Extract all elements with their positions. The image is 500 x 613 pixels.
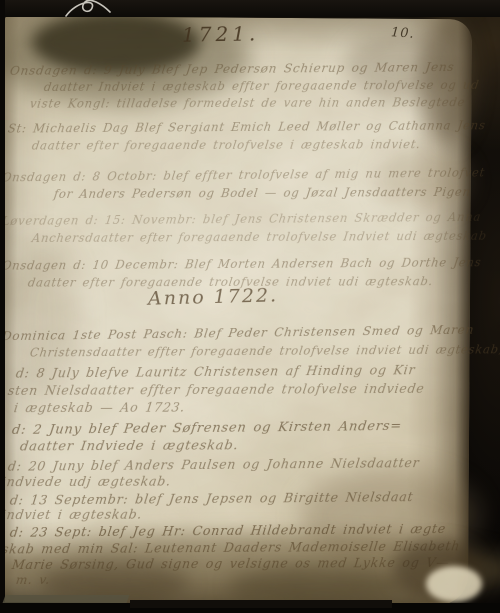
manuscript-line: daatter Indviede i ægteskab. <box>19 438 239 454</box>
manuscript-photo: 1721. 10. Anno 1722. Onsdagen d: 9 July … <box>0 0 500 613</box>
thread-fiber <box>52 0 122 22</box>
manuscript-line: Onsdagen d: 8 Octobr: blef effter trolof… <box>1 165 486 184</box>
manuscript-line: skab med min Sal: Leutenant Daaders Made… <box>1 538 461 556</box>
manuscript-line: St: Michaelis Dag Blef Sergiant Emich Le… <box>7 118 487 135</box>
manuscript-line: daatter Indviet i ægteskab effter forega… <box>43 78 480 94</box>
manuscript-line: for Anders Pedersøn og Bodel — og Jøzal … <box>53 185 472 201</box>
manuscript-line: indviet i ægteskab. <box>1 507 143 522</box>
manuscript-line: d: 13 Septembr: blef Jens Jepsen og Birg… <box>9 489 414 508</box>
shadow-slab <box>130 600 392 608</box>
manuscript-line: Dominica 1ste Post Pasch: Blef Peder Chr… <box>1 323 475 344</box>
manuscript-line: indviede udj ægteskab. <box>1 474 172 490</box>
manuscript-line: d: 23 Sept: blef Jeg Hr: Conrad Hildebra… <box>9 521 447 540</box>
manuscript-lines: 1721. 10. Anno 1722. Onsdagen d: 9 July … <box>0 0 500 613</box>
manuscript-line: i ægteskab — Ao 1723. <box>13 400 186 416</box>
manuscript-line: Onsdagen d: 10 Decembr: Blef Morten Ande… <box>1 255 482 272</box>
photo-border-left <box>0 0 5 613</box>
manuscript-line: Løverdagen d: 15: Novembr: blef Jens Chr… <box>1 210 482 228</box>
manuscript-line: d: 8 July blefve Lauritz Christensen af … <box>15 362 416 381</box>
folio-number: 10. <box>391 25 416 42</box>
manuscript-line: Onsdagen d: 9 July Blef Jep Pedersøn Sch… <box>9 60 455 78</box>
manuscript-line: daatter efter foregaaende trolofvelse i … <box>31 137 422 152</box>
manuscript-line: viste Kongl: tilladelse formedelst de va… <box>29 95 466 111</box>
manuscript-line: Christensdaatter effter foregaaende trol… <box>29 342 500 359</box>
anno-heading: Anno 1722. <box>148 284 279 309</box>
page-curl-light-corner <box>426 566 482 602</box>
manuscript-line: sten Nielsdaatter effter foregaaende tro… <box>7 381 426 398</box>
manuscript-line: d: 2 Juny blef Peder Søfrensen og Kirste… <box>11 419 403 438</box>
table-edge-slab <box>3 595 130 603</box>
year-heading: 1721. <box>182 21 260 46</box>
manuscript-line: d: 20 Juny blef Anders Paulsen og Johann… <box>7 455 420 474</box>
manuscript-line: Anchersdaatter efter foregaaende trolofv… <box>31 229 488 245</box>
